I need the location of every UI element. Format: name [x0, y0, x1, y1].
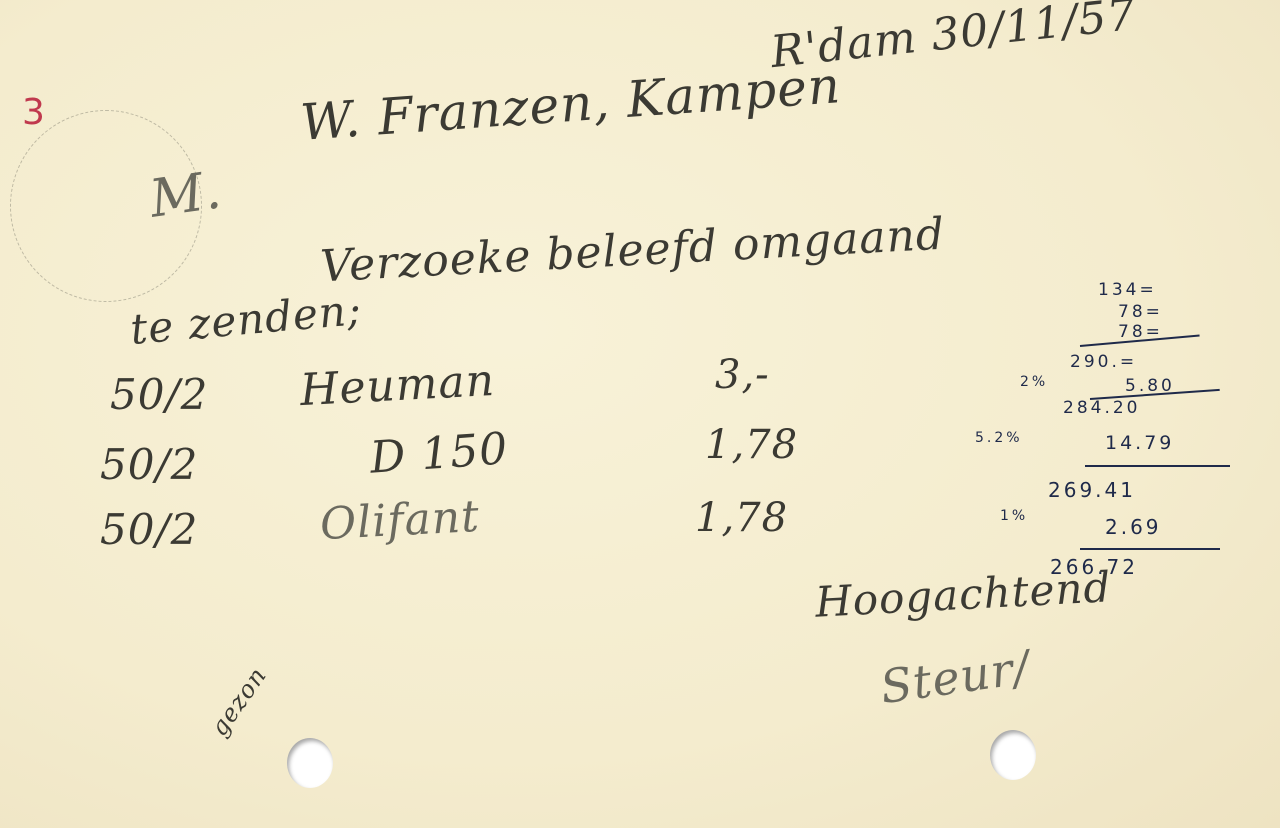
- signature: Steur/: [877, 640, 1033, 714]
- punch-hole-left: [287, 738, 333, 788]
- calc-line: 78=: [1118, 302, 1163, 322]
- percent-label: 1%: [1000, 508, 1028, 524]
- item-price: 1,78: [695, 495, 788, 541]
- item-price: 1,78: [705, 422, 798, 468]
- calc-line: 290.=: [1070, 352, 1137, 372]
- item-quantity: 50/2: [110, 370, 208, 419]
- calc-rule: [1085, 465, 1230, 467]
- item-quantity: 50/2: [100, 505, 198, 554]
- item-price: 3,-: [715, 352, 770, 398]
- item-product: Heuman: [299, 355, 496, 416]
- calc-line: 14.79: [1105, 432, 1174, 454]
- body-line-2: te zenden;: [128, 285, 363, 354]
- bottom-annotation: gezon: [205, 662, 272, 741]
- item-product: D 150: [368, 423, 509, 484]
- postcard: 3 R'dam 30/11/57 W. Franzen, Kampen M. V…: [0, 0, 1280, 828]
- red-mark: 3: [22, 92, 46, 133]
- percent-label: 5.2%: [975, 430, 1023, 446]
- body-line-1: Verzoeke beleefd omgaand: [319, 209, 946, 293]
- item-quantity: 50/2: [100, 440, 198, 489]
- calc-line: 284.20: [1063, 398, 1140, 418]
- percent-label: 2%: [1020, 374, 1048, 390]
- calc-rule: [1080, 548, 1220, 550]
- addressee: W. Franzen, Kampen: [299, 56, 843, 152]
- closing: Hoogachtend: [814, 562, 1113, 626]
- salutation: M.: [146, 160, 225, 229]
- punch-hole-right: [990, 730, 1036, 780]
- calc-line: 269.41: [1048, 478, 1136, 502]
- item-product: Olifant: [319, 491, 481, 550]
- calc-line: 2.69: [1105, 515, 1162, 539]
- calc-line: 134=: [1098, 280, 1157, 300]
